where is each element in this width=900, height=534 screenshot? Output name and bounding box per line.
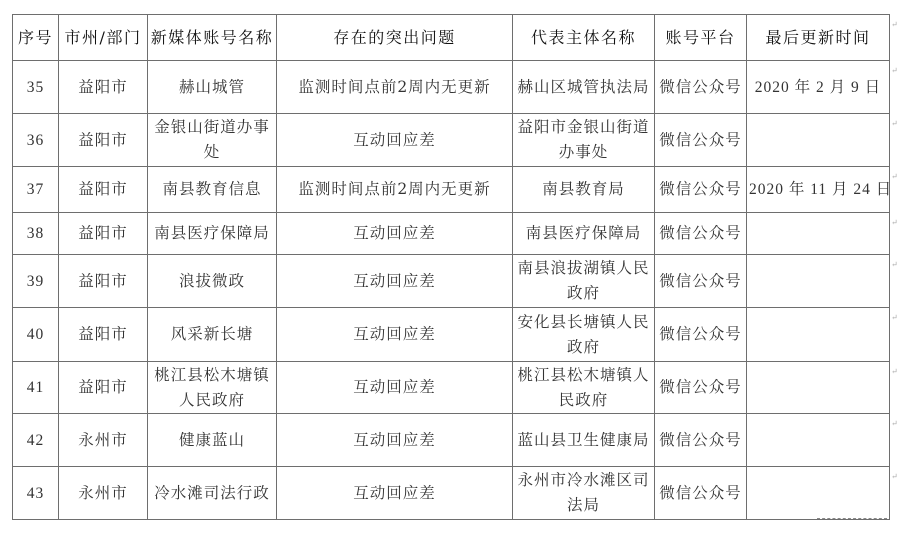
cell-no: 38 [13,213,59,255]
cell-account: 风采新长塘 [148,308,277,362]
header-account: 新媒体账号名称 [148,15,277,61]
cell-issue: 互动回应差 [277,114,513,167]
table-row: 41 益阳市 桃江县松木塘镇人民政府 互动回应差 桃江县松木塘镇人民政府 微信公… [13,362,890,414]
cell-city: 益阳市 [59,114,148,167]
cell-platform: 微信公众号 [655,255,747,308]
cell-last-update [747,308,890,362]
cell-no: 35 [13,61,59,114]
cell-platform: 微信公众号 [655,114,747,167]
paragraph-mark-icon: ↵ [891,174,896,179]
cell-last-update [747,255,890,308]
cell-entity: 蓝山县卫生健康局 [513,414,655,467]
cell-issue: 互动回应差 [277,213,513,255]
cell-no: 37 [13,167,59,213]
cell-entity: 南县医疗保障局 [513,213,655,255]
cell-issue: 互动回应差 [277,414,513,467]
cell-city: 益阳市 [59,308,148,362]
cell-city: 益阳市 [59,255,148,308]
cell-account: 赫山城管 [148,61,277,114]
cell-city: 益阳市 [59,362,148,414]
cell-no: 42 [13,414,59,467]
cell-city: 益阳市 [59,61,148,114]
cell-issue: 监测时间点前2周内无更新 [277,61,513,114]
paragraph-mark-icon: ↵ [891,262,896,267]
cell-entity: 南县浪拔湖镇人民政府 [513,255,655,308]
paragraph-mark-icon: ↵ [891,220,896,225]
paragraph-mark-icon: ↵ [891,121,896,126]
paragraph-mark-icon: ↵ [891,474,896,479]
table-row: 42 永州市 健康蓝山 互动回应差 蓝山县卫生健康局 微信公众号 [13,414,890,467]
cell-entity: 安化县长塘镇人民政府 [513,308,655,362]
cell-platform: 微信公众号 [655,467,747,520]
cell-account: 桃江县松木塘镇人民政府 [148,362,277,414]
cell-no: 41 [13,362,59,414]
cell-issue: 互动回应差 [277,255,513,308]
header-platform: 账号平台 [655,15,747,61]
table-row: 37 益阳市 南县教育信息 监测时间点前2周内无更新 南县教育局 微信公众号 2… [13,167,890,213]
paragraph-mark-icon: ↵ [891,315,896,320]
cell-city: 永州市 [59,414,148,467]
table-row: 38 益阳市 南县医疗保障局 互动回应差 南县医疗保障局 微信公众号 [13,213,890,255]
cell-no: 43 [13,467,59,520]
cell-platform: 微信公众号 [655,213,747,255]
cell-platform: 微信公众号 [655,362,747,414]
cell-account: 健康蓝山 [148,414,277,467]
cell-city: 益阳市 [59,213,148,255]
cell-account: 浪拔微政 [148,255,277,308]
header-last-update: 最后更新时间 [747,15,890,61]
cell-account: 冷水滩司法行政 [148,467,277,520]
header-city: 市州/部门 [59,15,148,61]
cell-entity: 南县教育局 [513,167,655,213]
cell-last-update: 2020 年 11 月 24 日 [747,167,890,213]
table-row: 40 益阳市 风采新长塘 互动回应差 安化县长塘镇人民政府 微信公众号 [13,308,890,362]
table-row: 36 益阳市 金银山街道办事处 互动回应差 益阳市金银山街道办事处 微信公众号 [13,114,890,167]
cell-last-update [747,114,890,167]
table-row: 43 永州市 冷水滩司法行政 互动回应差 永州市冷水滩区司法局 微信公众号 [13,467,890,520]
cell-last-update: 2020 年 2 月 9 日 [747,61,890,114]
paragraph-mark-icon: ↵ [891,68,896,73]
table-row: 39 益阳市 浪拔微政 互动回应差 南县浪拔湖镇人民政府 微信公众号 [13,255,890,308]
cell-platform: 微信公众号 [655,61,747,114]
cell-platform: 微信公众号 [655,414,747,467]
cell-city: 益阳市 [59,167,148,213]
paragraph-mark-icon: ↵ [891,421,896,426]
cell-account: 南县医疗保障局 [148,213,277,255]
page-break-dashline [817,518,887,519]
cell-issue: 互动回应差 [277,362,513,414]
cell-last-update [747,414,890,467]
header-no: 序号 [13,15,59,61]
paragraph-mark-icon: ↵ [891,369,896,374]
problem-accounts-table: 序号 市州/部门 新媒体账号名称 存在的突出问题 代表主体名称 账号平台 最后更… [12,14,890,520]
cell-entity: 桃江县松木塘镇人民政府 [513,362,655,414]
cell-platform: 微信公众号 [655,167,747,213]
header-issue: 存在的突出问题 [277,15,513,61]
header-entity: 代表主体名称 [513,15,655,61]
cell-account: 金银山街道办事处 [148,114,277,167]
table-row: 35 益阳市 赫山城管 监测时间点前2周内无更新 赫山区城管执法局 微信公众号 … [13,61,890,114]
cell-last-update [747,213,890,255]
cell-last-update [747,467,890,520]
cell-issue: 互动回应差 [277,308,513,362]
header-row: 序号 市州/部门 新媒体账号名称 存在的突出问题 代表主体名称 账号平台 最后更… [13,15,890,61]
cell-no: 36 [13,114,59,167]
cell-city: 永州市 [59,467,148,520]
cell-issue: 互动回应差 [277,467,513,520]
cell-entity: 赫山区城管执法局 [513,61,655,114]
cell-issue: 监测时间点前2周内无更新 [277,167,513,213]
cell-entity: 永州市冷水滩区司法局 [513,467,655,520]
cell-last-update [747,362,890,414]
cell-entity: 益阳市金银山街道办事处 [513,114,655,167]
cell-platform: 微信公众号 [655,308,747,362]
cell-no: 39 [13,255,59,308]
cell-account: 南县教育信息 [148,167,277,213]
cell-no: 40 [13,308,59,362]
paragraph-mark-icon: ↵ [891,22,896,27]
